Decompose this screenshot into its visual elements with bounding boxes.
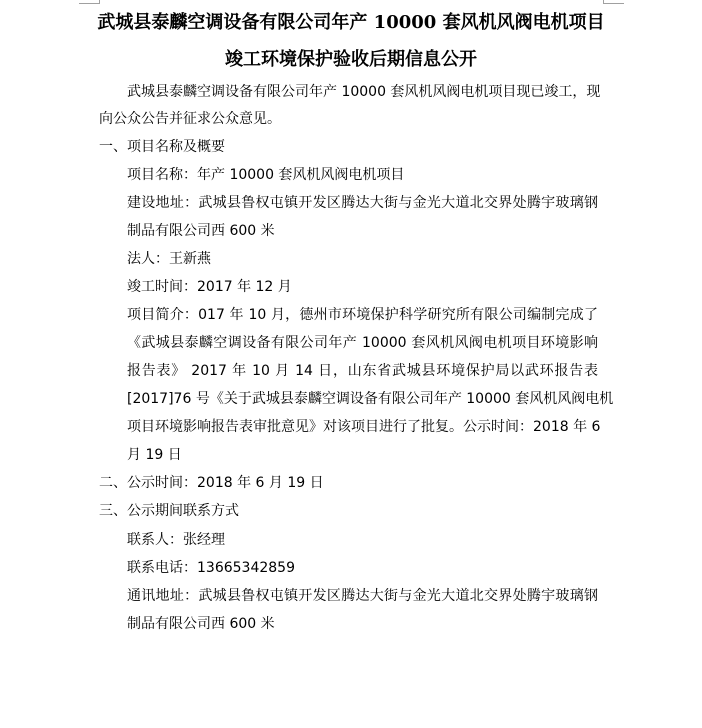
document-title-line-1: 武城县泰麟空调设备有限公司年产 10000 套风机风阀电机项目 bbox=[0, 8, 702, 34]
project-summary-line-4: [2017]76 号《关于武城县泰麟空调设备有限公司年产 10000 套风机风阀… bbox=[127, 389, 598, 409]
crop-mark-top-right bbox=[603, 0, 624, 4]
project-summary-line-2: 《武城县泰麟空调设备有限公司年产 10000 套风机风阀电机项目环境影响 bbox=[127, 333, 598, 353]
contact-phone: 联系电话：13665342859 bbox=[127, 558, 295, 578]
project-summary-line-1: 项目简介：017 年 10 月，德州市环境保护科学研究所有限公司编制完成了 bbox=[127, 305, 598, 325]
intro-paragraph-line-2: 向公众公告并征求公众意见。 bbox=[99, 109, 281, 129]
section-3-heading: 三、公示期间联系方式 bbox=[99, 501, 239, 521]
project-name: 项目名称：年产 10000 套风机风阀电机项目 bbox=[127, 165, 404, 185]
section-2-heading: 二、公示时间：2018 年 6 月 19 日 bbox=[99, 473, 324, 493]
document-title-line-2: 竣工环境保护验收后期信息公开 bbox=[0, 45, 702, 71]
intro-paragraph-line-1: 武城县泰麟空调设备有限公司年产 10000 套风机风阀电机项目现已竣工，现 bbox=[127, 82, 598, 102]
project-summary-line-5: 项目环境影响报告表审批意见》对该项目进行了批复。公示时间：2018 年 6 bbox=[127, 417, 598, 437]
completion-time: 竣工时间：2017 年 12 月 bbox=[127, 277, 292, 297]
construction-address-line-1: 建设地址：武城县鲁权屯镇开发区腾达大街与金光大道北交界处腾宇玻璃钢 bbox=[127, 193, 598, 213]
contact-person: 联系人：张经理 bbox=[127, 530, 225, 550]
project-summary-line-3: 报告表》 2017 年 10 月 14 日，山东省武城县环境保护局以武环报告表 bbox=[127, 361, 598, 381]
mailing-address-line-1: 通讯地址：武城县鲁权屯镇开发区腾达大街与金光大道北交界处腾宇玻璃钢 bbox=[127, 586, 598, 606]
mailing-address-line-2: 制品有限公司西 600 米 bbox=[127, 614, 275, 634]
crop-mark-top-left bbox=[79, 0, 100, 4]
legal-person: 法人：王新燕 bbox=[127, 249, 211, 269]
section-1-heading: 一、项目名称及概要 bbox=[99, 137, 225, 157]
project-summary-line-6: 月 19 日 bbox=[127, 445, 182, 465]
construction-address-line-2: 制品有限公司西 600 米 bbox=[127, 221, 275, 241]
